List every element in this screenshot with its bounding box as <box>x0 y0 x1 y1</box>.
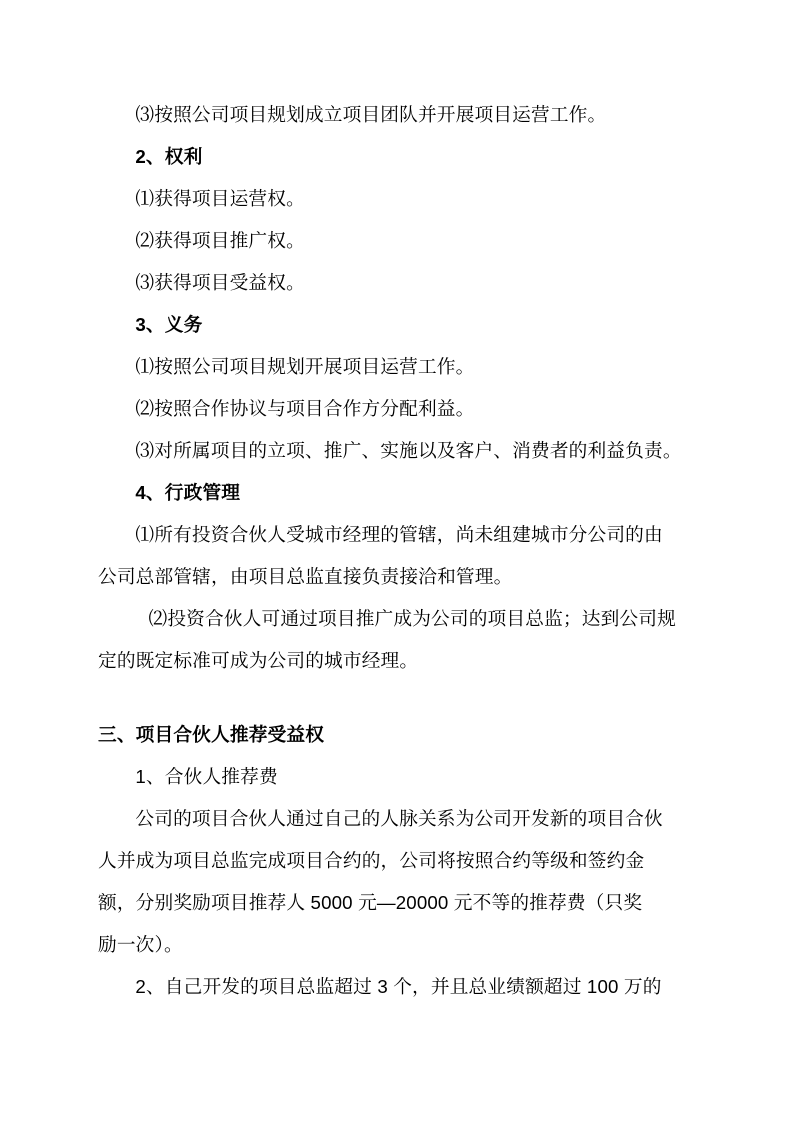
text-line: 2、权利 <box>98 136 695 178</box>
paragraph: ⑶获得项目受益权。 <box>98 262 695 304</box>
text-line: ⑶按照公司项目规划成立项目团队并开展项目运营工作。 <box>98 94 695 136</box>
text-line: 4、行政管理 <box>98 472 695 514</box>
paragraph: ⑴按照公司项目规划开展项目运营工作。 <box>98 346 695 388</box>
document-content: ⑶按照公司项目规划成立项目团队并开展项目运营工作。2、权利⑴获得项目运营权。⑵获… <box>0 0 695 1008</box>
section-heading: 3、义务 <box>98 304 695 346</box>
paragraph: 1、合伙人推荐费 <box>98 756 695 798</box>
text-line: 三、项目合伙人推荐受益权 <box>98 714 695 756</box>
text-line: 额，分别奖励项目推荐人 5000 元—20000 元不等的推荐费（只奖 <box>98 882 695 924</box>
text-line: ⑵获得项目推广权。 <box>98 220 695 262</box>
text-line: 定的既定标准可成为公司的城市经理。 <box>98 640 695 682</box>
text-line: 公司的项目合伙人通过自己的人脉关系为公司开发新的项目合伙 <box>98 798 695 840</box>
text-line: ⑶获得项目受益权。 <box>98 262 695 304</box>
text-line: 公司总部管辖，由项目总监直接负责接洽和管理。 <box>98 556 695 598</box>
paragraph: ⑴所有投资合伙人受城市经理的管辖，尚未组建城市分公司的由公司总部管辖，由项目总监… <box>98 514 695 598</box>
paragraph: 公司的项目合伙人通过自己的人脉关系为公司开发新的项目合伙人并成为项目总监完成项目… <box>98 798 695 966</box>
text-line: 1、合伙人推荐费 <box>98 756 695 798</box>
text-line: 3、义务 <box>98 304 695 346</box>
paragraph: ⑵投资合伙人可通过项目推广成为公司的项目总监；达到公司规定的既定标准可成为公司的… <box>98 598 695 682</box>
paragraph: ⑶对所属项目的立项、推广、实施以及客户、消费者的利益负责。 <box>98 430 695 472</box>
paragraph: ⑵按照合作协议与项目合作方分配利益。 <box>98 388 695 430</box>
text-line: 2、自己开发的项目总监超过 3 个，并且总业绩额超过 100 万的 <box>98 966 695 1008</box>
text-line: ⑶对所属项目的立项、推广、实施以及客户、消费者的利益负责。 <box>98 430 695 472</box>
text-line: 励一次）。 <box>98 924 695 966</box>
paragraph: 2、自己开发的项目总监超过 3 个，并且总业绩额超过 100 万的 <box>98 966 695 1008</box>
document-page: ⑶按照公司项目规划成立项目团队并开展项目运营工作。2、权利⑴获得项目运营权。⑵获… <box>0 0 793 1122</box>
text-line: ⑵投资合伙人可通过项目推广成为公司的项目总监；达到公司规 <box>98 598 695 640</box>
text-line: ⑵按照合作协议与项目合作方分配利益。 <box>98 388 695 430</box>
text-line: 人并成为项目总监完成项目合约的，公司将按照合约等级和签约金 <box>98 840 695 882</box>
section-heading: 4、行政管理 <box>98 472 695 514</box>
text-line: ⑴获得项目运营权。 <box>98 178 695 220</box>
section-heading: 2、权利 <box>98 136 695 178</box>
paragraph: ⑶按照公司项目规划成立项目团队并开展项目运营工作。 <box>98 94 695 136</box>
text-line: ⑴按照公司项目规划开展项目运营工作。 <box>98 346 695 388</box>
paragraph-spacer <box>98 682 695 714</box>
text-line: ⑴所有投资合伙人受城市经理的管辖，尚未组建城市分公司的由 <box>98 514 695 556</box>
section-heading: 三、项目合伙人推荐受益权 <box>98 714 695 756</box>
paragraph: ⑵获得项目推广权。 <box>98 220 695 262</box>
paragraph: ⑴获得项目运营权。 <box>98 178 695 220</box>
